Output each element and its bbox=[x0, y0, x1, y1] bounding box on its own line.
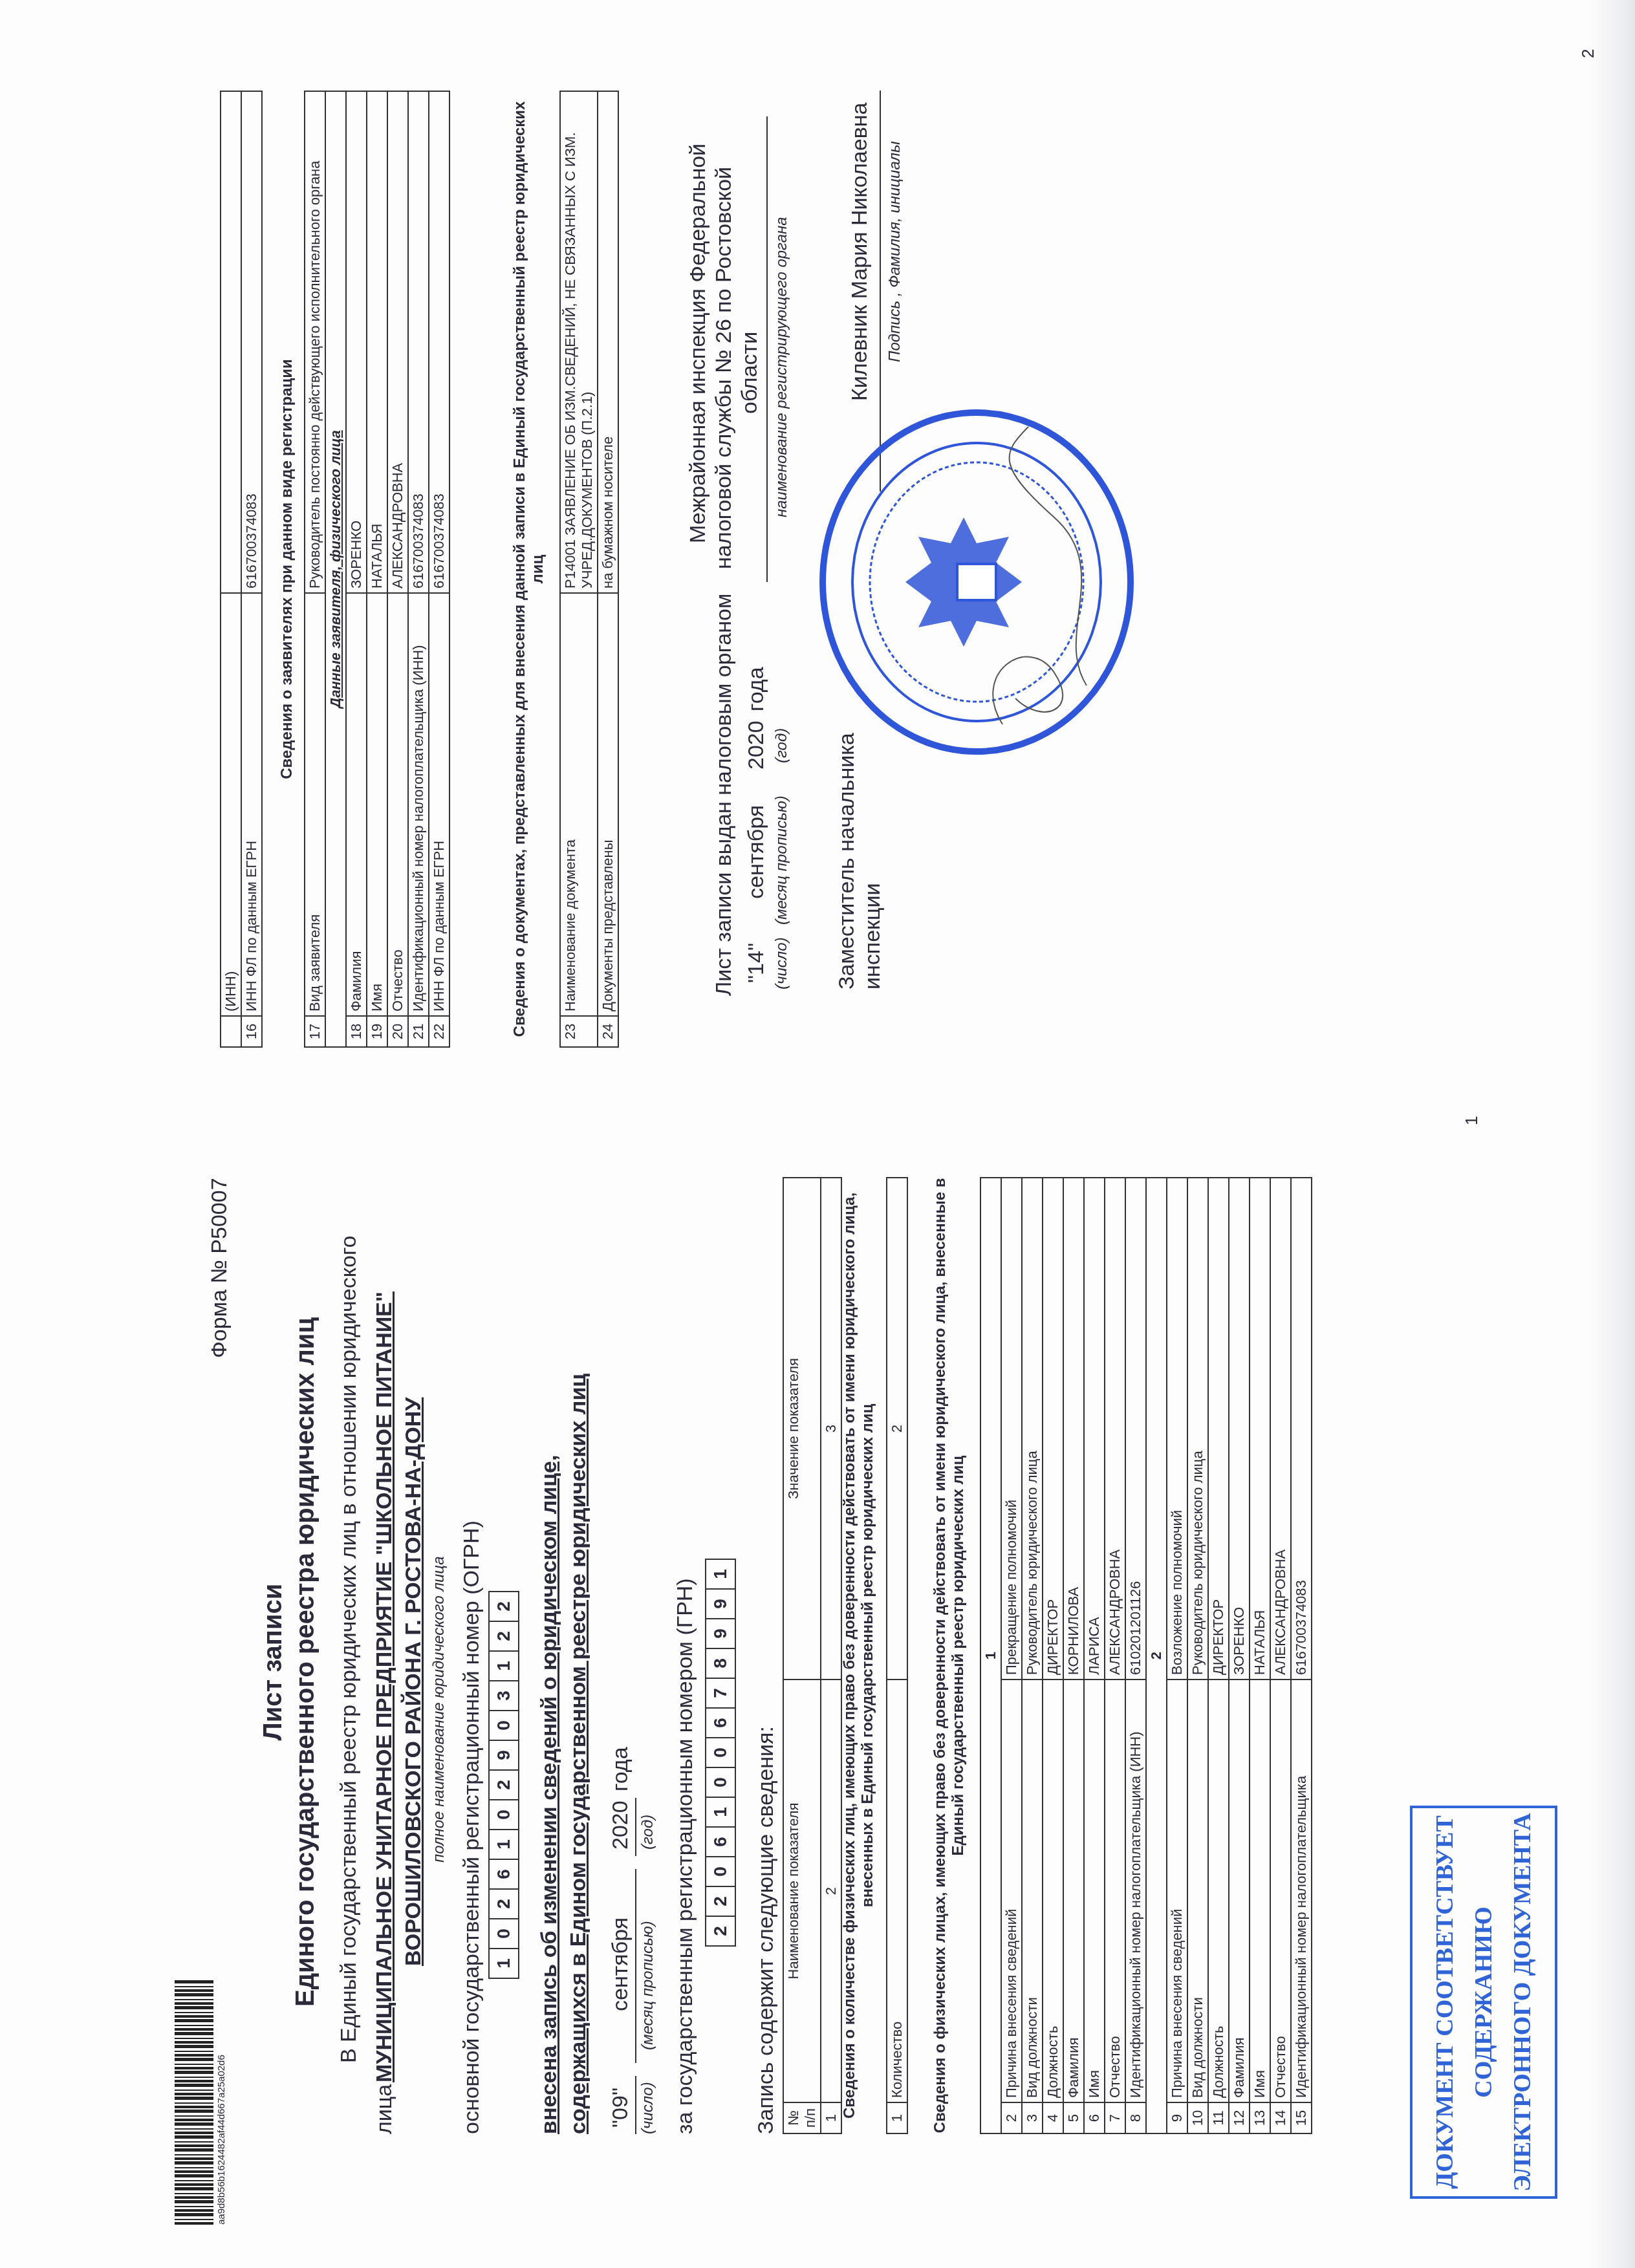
entity-name-line2: ВОРОШИЛОВСКОГО РАЙОНА Г. РОСТОВА-НА-ДОНУ bbox=[401, 1398, 426, 1966]
table-row: 11ДолжностьДИРЕКТОР bbox=[1208, 1178, 1229, 2133]
page-number: 1 bbox=[1462, 1116, 1482, 1125]
day-caption: (число) bbox=[639, 2082, 657, 2134]
table-row: 8Идентификационный номер налогоплательщи… bbox=[1125, 1178, 1146, 2133]
conformity-stamp: ДОКУМЕНТ СООТВЕТСТВУЕТ СОДЕРЖАНИЮ ЭЛЕКТР… bbox=[1410, 1806, 1557, 2199]
issue-date-year: 2020 bbox=[744, 720, 769, 770]
continued-table: (ИНН) 16ИНН ФЛ по данным ЕГРН61670037408… bbox=[220, 91, 263, 1048]
header-col-value: Значение показателя bbox=[783, 1178, 821, 1679]
month-caption: (месяц прописью) bbox=[773, 795, 791, 925]
section-count-title: Сведения о количестве физических лиц, им… bbox=[841, 1177, 877, 2134]
page-2: (ИНН) 16ИНН ФЛ по данным ЕГРН61670037408… bbox=[149, 13, 1635, 1048]
issue-date-suffix: года bbox=[744, 667, 769, 711]
issue-date-day: "14" bbox=[744, 943, 769, 983]
year-caption: (год) bbox=[639, 1815, 657, 1850]
grn-digits: 2206100678991 bbox=[705, 1559, 736, 1947]
date-underline bbox=[635, 1869, 636, 2063]
authority-caption: наименование регистрирующего органа bbox=[773, 217, 791, 517]
table-row: 22ИНН ФЛ по данным ЕГРН616700374083 bbox=[429, 91, 449, 1047]
contains-label: Запись содержит следующие сведения: bbox=[753, 1726, 779, 2134]
authority-line1: Межрайонная инспекция Федеральной bbox=[686, 144, 711, 543]
entry-statement-line2: содержащихся в Едином государственном ре… bbox=[566, 1374, 591, 2134]
official-seal-icon bbox=[808, 401, 1145, 763]
page-title: Лист записи bbox=[259, 1099, 288, 2225]
count-table: 1 Количество 2 bbox=[886, 1177, 908, 2134]
grn-label: за государственным регистрационным номер… bbox=[673, 1578, 698, 2134]
authority-line3: области bbox=[737, 332, 763, 414]
issued-label: Лист записи выдан налоговым органом bbox=[711, 594, 737, 996]
table-row: 9Причина внесения сведенийВозложение пол… bbox=[1167, 1178, 1187, 2133]
entity-name-caption: полное наименование юридического лица bbox=[430, 1556, 448, 1863]
header-col-num: № п/п bbox=[783, 2102, 821, 2133]
applicant-subtitle: Данные заявителя, физического лица bbox=[325, 91, 346, 1047]
applicant-table: 17Вид заявителяРуководитель постоянно де… bbox=[304, 91, 450, 1048]
header-table: № п/п Наименование показателя Значение п… bbox=[783, 1177, 842, 2134]
entry-date-month: сентября bbox=[608, 1917, 633, 2011]
table-row: 7ОтчествоАЛЕКСАНДРОВНА bbox=[1105, 1178, 1125, 2133]
table-row: 6ИмяЛАРИСА bbox=[1084, 1178, 1105, 2133]
table-row: 13ИмяНАТАЛЬЯ bbox=[1250, 1178, 1270, 2133]
table-row: 15Идентификационный номер налогоплательщ… bbox=[1291, 1178, 1312, 2133]
persons-table: 1 2Причина внесения сведенийПрекращение … bbox=[980, 1177, 1312, 2134]
section-persons-title: Сведения о физических лицах, имеющих пра… bbox=[931, 1177, 968, 2134]
ogrn-digits: 1026102903122 bbox=[488, 1591, 519, 1979]
documents-table: 23Наименование документаР14001 ЗАЯВЛЕНИЕ… bbox=[559, 91, 619, 1048]
signer-position-line2: инспекции bbox=[860, 883, 885, 989]
table-row: 19ИмяНАТАЛЬЯ bbox=[367, 91, 387, 1047]
signer-position-line1: Заместитель начальника bbox=[834, 733, 860, 989]
section-docs-title: Сведения о документах, представленных дл… bbox=[511, 91, 547, 1048]
entry-date-suffix: года bbox=[608, 1747, 633, 1791]
table-row: 10Вид должностиРуководитель юридического… bbox=[1187, 1178, 1208, 2133]
table-row: 24Документы представленына бумажном носи… bbox=[598, 91, 618, 1047]
table-row: 21Идентификационный номер налогоплательщ… bbox=[408, 91, 429, 1047]
table-row: (ИНН) bbox=[221, 91, 241, 1047]
table-row: 14ОтчествоАЛЕКСАНДРОВНА bbox=[1270, 1178, 1291, 2133]
barcode-hash: aa9d8b56b1624482af44d667a25a02d6 bbox=[216, 2055, 227, 2225]
day-caption: (число) bbox=[773, 937, 791, 989]
table-row: 3Вид должностиРуководитель юридического … bbox=[1022, 1178, 1043, 2133]
date-underline bbox=[635, 2076, 636, 2134]
entry-statement-line1: внесена запись об изменении сведений о ю… bbox=[537, 1455, 562, 2134]
barcode bbox=[175, 1979, 213, 2225]
table-row: 18ФамилияЗОРЕНКО bbox=[346, 91, 367, 1047]
page-subtitle: Единого государственного реестра юридиче… bbox=[291, 1099, 320, 2225]
entry-date-day: "09" bbox=[608, 2088, 633, 2128]
entity-name-line1: МУНИЦИПАЛЬНОЕ УНИТАРНОЕ ПРЕДПРИЯТИЕ "ШКО… bbox=[372, 1291, 397, 2082]
table-row: 20ОтчествоАЛЕКСАНДРОВНА bbox=[387, 91, 408, 1047]
issue-date-month: сентября bbox=[744, 805, 769, 899]
intro-text: В Единый государственный реестр юридичес… bbox=[336, 1236, 362, 2063]
intro-text-cont: лица bbox=[372, 2084, 397, 2134]
year-caption: (год) bbox=[773, 728, 791, 763]
page-number: 2 bbox=[1578, 49, 1598, 58]
date-underline bbox=[635, 1798, 636, 1856]
table-row: 1 Количество 2 bbox=[887, 1178, 907, 2133]
authority-underline bbox=[766, 116, 768, 582]
table-row: 12ФамилияЗОРЕНКО bbox=[1229, 1178, 1250, 2133]
month-caption: (месяц прописью) bbox=[639, 1921, 657, 2050]
signer-caption: Подпись , Фамилия, инициалы bbox=[886, 141, 904, 362]
person-group-2: 2 bbox=[1146, 1178, 1167, 2133]
table-row: 2Причина внесения сведенийПрекращение по… bbox=[1001, 1178, 1022, 2133]
authority-line2: налоговой службы № 26 по Ростовской bbox=[711, 167, 737, 569]
ogrn-label: основной государственный регистрационный… bbox=[459, 1520, 484, 2134]
page-1: aa9d8b56b1624482af44d667a25a02d6 Форма №… bbox=[149, 1099, 1635, 2225]
signer-name: Килевник Мария Николаевна bbox=[847, 103, 872, 401]
section-applicants-title: Сведения о заявителях при данном виде ре… bbox=[278, 91, 296, 1048]
table-row: 5ФамилияКОРНИЛОВА bbox=[1063, 1178, 1084, 2133]
table-row: 23Наименование документаР14001 ЗАЯВЛЕНИЕ… bbox=[560, 91, 598, 1047]
person-group-1: 1 bbox=[980, 1178, 1001, 2133]
table-row: 4ДолжностьДИРЕКТОР bbox=[1043, 1178, 1063, 2133]
table-row: 17Вид заявителяРуководитель постоянно де… bbox=[305, 91, 325, 1047]
form-number: Форма № Р50007 bbox=[207, 1178, 232, 1358]
header-col-name: Наименование показателя bbox=[783, 1679, 821, 2102]
table-row: 16ИНН ФЛ по данным ЕГРН616700374083 bbox=[241, 91, 262, 1047]
entry-date-year: 2020 bbox=[608, 1800, 633, 1850]
